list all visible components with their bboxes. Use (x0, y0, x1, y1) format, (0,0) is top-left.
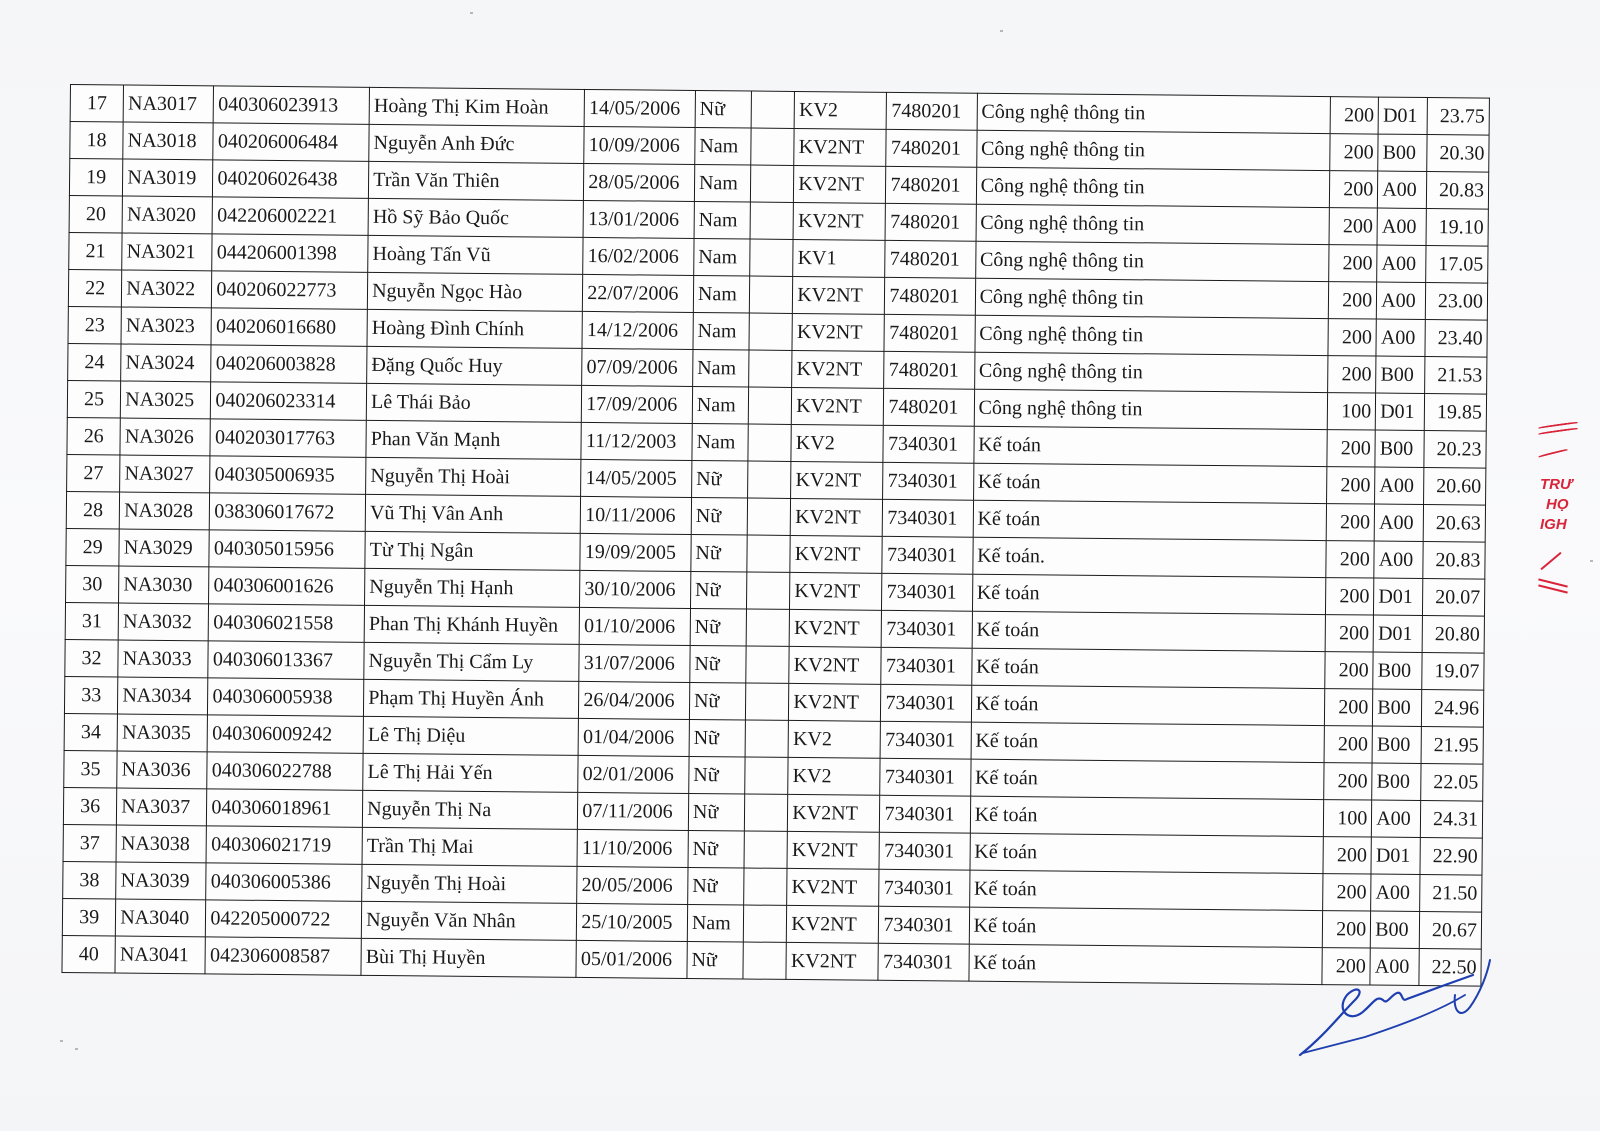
scan-speck (1000, 30, 1003, 32)
gender-cell: Nữ (687, 941, 744, 979)
gender-cell: Nam (695, 128, 752, 166)
row-number-cell: 23 (68, 306, 122, 344)
table-body: 17NA3017040306023913Hoàng Thị Kim Hoàn14… (62, 85, 1489, 987)
application-code-cell: NA3023 (121, 307, 212, 345)
major-name-cell: Kế toán. (972, 537, 1326, 577)
row-number-cell: 27 (67, 454, 121, 492)
major-name-cell: Kế toán (971, 685, 1325, 725)
date-of-birth-cell: 13/01/2006 (583, 200, 694, 238)
major-name-cell: Kế toán (972, 574, 1326, 614)
row-number-cell: 34 (64, 713, 118, 751)
admission-score-cell: 20.63 (1424, 505, 1486, 543)
admission-score-cell: 19.85 (1425, 394, 1487, 432)
gender-cell: Nam (693, 312, 750, 350)
admission-score-cell: 20.07 (1423, 579, 1485, 617)
application-code-cell: NA3036 (117, 751, 208, 789)
admission-score-cell: 19.07 (1422, 653, 1484, 691)
admission-method-cell: 200 (1328, 282, 1376, 319)
citizen-id-cell: 042306008587 (205, 937, 361, 975)
date-of-birth-cell: 14/05/2005 (581, 459, 692, 497)
stamp-text-2: HỌ (1546, 496, 1569, 514)
student-name-cell: Phan Thị Khánh Huyền (364, 605, 579, 644)
major-code-cell: 7340301 (881, 647, 972, 685)
student-name-cell: Trần Thị Mai (362, 827, 577, 866)
date-of-birth-cell: 31/07/2006 (579, 644, 690, 682)
student-name-cell: Phan Văn Mạnh (366, 420, 581, 459)
blank-cell-cell (751, 165, 794, 202)
admission-score-cell: 21.95 (1421, 727, 1483, 765)
gender-cell: Nữ (688, 793, 745, 831)
major-name-cell: Kế toán (974, 426, 1328, 466)
student-name-cell: Nguyễn Thị Hoài (366, 457, 581, 496)
application-code-cell: NA3027 (120, 455, 211, 493)
priority-area-cell: KV2 (788, 720, 881, 758)
blank-cell-cell (750, 276, 793, 313)
subject-combination-cell: B00 (1375, 430, 1425, 467)
major-code-cell: 7480201 (885, 277, 976, 315)
citizen-id-cell: 040203017763 (210, 419, 366, 457)
row-number-cell: 32 (65, 639, 119, 677)
priority-area-cell: KV2NT (791, 461, 884, 499)
date-of-birth-cell: 30/10/2006 (580, 570, 691, 608)
priority-area-cell: KV2NT (794, 165, 887, 203)
subject-combination-cell: A00 (1371, 874, 1421, 911)
application-code-cell: NA3041 (115, 936, 206, 974)
row-number-cell: 18 (70, 122, 124, 160)
subject-combination-cell: D01 (1373, 615, 1423, 652)
row-number-cell: 38 (63, 861, 117, 899)
admission-method-cell: 200 (1323, 874, 1371, 911)
major-code-cell: 7340301 (883, 462, 974, 500)
date-of-birth-cell: 26/04/2006 (579, 681, 690, 719)
admission-score-cell: 22.05 (1421, 764, 1483, 802)
major-name-cell: Kế toán (973, 500, 1327, 540)
blank-cell-cell (746, 646, 789, 683)
gender-cell: Nữ (689, 682, 746, 720)
subject-combination-cell: D01 (1378, 97, 1428, 134)
subject-combination-cell: B00 (1376, 356, 1426, 393)
student-name-cell: Nguyễn Thị Na (363, 790, 578, 829)
subject-combination-cell: B00 (1371, 911, 1421, 948)
date-of-birth-cell: 05/01/2006 (576, 940, 687, 978)
scanned-document-page: 17NA3017040306023913Hoàng Thị Kim Hoàn14… (0, 0, 1600, 1131)
priority-area-cell: KV2NT (786, 942, 879, 980)
priority-area-cell: KV2NT (789, 683, 882, 721)
gender-cell: Nam (693, 349, 750, 387)
major-name-cell: Kế toán (969, 907, 1323, 947)
citizen-id-cell: 040306005938 (208, 678, 364, 716)
priority-area-cell: KV2NT (788, 794, 881, 832)
subject-combination-cell: B00 (1378, 134, 1428, 171)
application-code-cell: NA3019 (123, 159, 214, 197)
major-name-cell: Kế toán (971, 722, 1325, 762)
student-name-cell: Bùi Thị Huyền (361, 938, 576, 977)
citizen-id-cell: 040206026438 (213, 160, 369, 198)
priority-area-cell: KV2NT (787, 868, 880, 906)
student-name-cell: Nguyễn Anh Đức (369, 124, 584, 163)
priority-area-cell: KV2 (791, 424, 884, 462)
admission-score-cell: 20.83 (1427, 172, 1489, 210)
student-name-cell: Hồ Sỹ Bảo Quốc (368, 198, 583, 237)
blank-cell-cell (747, 535, 790, 572)
admission-score-cell: 22.90 (1420, 838, 1482, 876)
major-code-cell: 7340301 (883, 425, 974, 463)
student-name-cell: Phạm Thị Huyền Ánh (364, 679, 579, 718)
admission-method-cell: 200 (1329, 171, 1377, 208)
gender-cell: Nữ (690, 645, 747, 683)
application-code-cell: NA3024 (121, 344, 212, 382)
row-number-cell: 37 (63, 824, 117, 862)
major-code-cell: 7340301 (881, 721, 972, 759)
major-code-cell: 7480201 (886, 129, 977, 167)
subject-combination-cell: D01 (1374, 578, 1424, 615)
major-code-cell: 7340301 (881, 684, 972, 722)
row-number-cell: 24 (68, 343, 122, 381)
admission-method-cell: 200 (1324, 726, 1372, 763)
blank-cell-cell (750, 202, 793, 239)
student-name-cell: Đặng Quốc Huy (367, 346, 582, 385)
subject-combination-cell: A00 (1377, 208, 1427, 245)
major-code-cell: 7340301 (880, 758, 971, 796)
blank-cell-cell (749, 387, 792, 424)
student-name-cell: Nguyễn Văn Nhân (361, 901, 576, 940)
major-name-cell: Kế toán (969, 944, 1323, 984)
major-code-cell: 7340301 (879, 832, 970, 870)
citizen-id-cell: 042205000722 (206, 900, 362, 938)
admission-method-cell: 200 (1325, 652, 1373, 689)
admission-method-cell: 200 (1327, 430, 1375, 467)
application-code-cell: NA3018 (123, 122, 214, 160)
admission-score-cell: 23.00 (1426, 283, 1488, 321)
admission-method-cell: 200 (1329, 208, 1377, 245)
citizen-id-cell: 040306022788 (207, 752, 363, 790)
blank-cell-cell (746, 683, 789, 720)
major-name-cell: Công nghệ thông tin (974, 352, 1328, 392)
gender-cell: Nữ (689, 756, 746, 794)
application-code-cell: NA3022 (122, 270, 213, 308)
gender-cell: Nam (694, 165, 751, 203)
student-name-cell: Nguyễn Thị Hoài (362, 864, 577, 903)
major-name-cell: Công nghệ thông tin (976, 167, 1330, 207)
scan-speck (470, 12, 473, 14)
admission-method-cell: 200 (1324, 763, 1372, 800)
major-code-cell: 7480201 (887, 92, 978, 130)
major-code-cell: 7480201 (884, 388, 975, 426)
application-code-cell: NA3037 (117, 788, 208, 826)
subject-combination-cell: D01 (1371, 837, 1421, 874)
subject-combination-cell: A00 (1374, 541, 1424, 578)
row-number-cell: 29 (66, 528, 120, 566)
major-name-cell: Công nghệ thông tin (977, 93, 1331, 133)
subject-combination-cell: B00 (1373, 652, 1423, 689)
date-of-birth-cell: 16/02/2006 (583, 237, 694, 275)
admission-score-cell: 20.67 (1420, 911, 1482, 949)
citizen-id-cell: 040206016680 (211, 308, 367, 346)
priority-area-cell: KV2NT (787, 831, 880, 869)
citizen-id-cell: 040306021558 (209, 604, 365, 642)
major-code-cell: 7340301 (882, 610, 973, 648)
subject-combination-cell: A00 (1374, 504, 1424, 541)
priority-area-cell: KV2NT (790, 535, 883, 573)
gender-cell: Nữ (690, 571, 747, 609)
student-name-cell: Hoàng Tấn Vũ (368, 235, 583, 274)
major-code-cell: 7340301 (879, 906, 970, 944)
citizen-id-cell: 040306018961 (207, 789, 363, 827)
row-number-cell: 36 (63, 787, 117, 825)
admission-score-cell: 17.05 (1426, 246, 1488, 284)
priority-area-cell: KV2NT (790, 572, 883, 610)
major-code-cell: 7480201 (886, 166, 977, 204)
citizen-id-cell: 040206003828 (211, 345, 367, 383)
major-code-cell: 7480201 (886, 203, 977, 241)
admission-score-cell: 21.50 (1420, 874, 1482, 912)
date-of-birth-cell: 01/10/2006 (579, 607, 690, 645)
admission-score-cell: 24.31 (1421, 801, 1483, 839)
admission-method-cell: 200 (1326, 541, 1374, 578)
row-number-cell: 20 (69, 195, 123, 233)
row-number-cell: 25 (67, 380, 121, 418)
major-code-cell: 7340301 (879, 869, 970, 907)
major-name-cell: Công nghệ thông tin (975, 315, 1329, 355)
major-code-cell: 7340301 (882, 573, 973, 611)
admission-method-cell: 100 (1327, 393, 1375, 430)
blank-cell-cell (749, 350, 792, 387)
scan-speck (60, 1040, 63, 1042)
major-code-cell: 7480201 (884, 314, 975, 352)
citizen-id-cell: 040306009242 (208, 715, 364, 753)
admission-score-cell: 24.96 (1422, 690, 1484, 728)
red-seal-stamp-icon: TRƯ HỌ IGH (1538, 410, 1600, 610)
major-name-cell: Kế toán (973, 463, 1327, 503)
major-name-cell: Công nghệ thông tin (974, 389, 1328, 429)
student-name-cell: Lê Thị Hải Yến (363, 753, 578, 792)
admission-method-cell: 200 (1322, 911, 1370, 948)
blank-cell-cell (745, 720, 788, 757)
citizen-id-cell: 044206001398 (212, 234, 368, 272)
subject-combination-cell: A00 (1377, 282, 1427, 319)
date-of-birth-cell: 02/01/2006 (578, 755, 689, 793)
subject-combination-cell: A00 (1375, 467, 1425, 504)
major-code-cell: 7340301 (883, 499, 974, 537)
citizen-id-cell: 040306023913 (214, 86, 370, 124)
blank-cell-cell (751, 128, 794, 165)
date-of-birth-cell: 19/09/2005 (580, 533, 691, 571)
date-of-birth-cell: 17/09/2006 (582, 385, 693, 423)
date-of-birth-cell: 07/09/2006 (582, 348, 693, 386)
student-name-cell: Hoàng Đình Chính (367, 309, 582, 348)
priority-area-cell: KV2NT (794, 128, 887, 166)
admission-method-cell: 200 (1328, 319, 1376, 356)
subject-combination-cell: A00 (1376, 319, 1426, 356)
major-name-cell: Công nghệ thông tin (976, 204, 1330, 244)
student-name-cell: Nguyễn Thị Cẩm Ly (364, 642, 579, 681)
application-code-cell: NA3025 (121, 381, 212, 419)
blank-cell-cell (744, 831, 787, 868)
student-name-cell: Trần Văn Thiên (369, 161, 584, 200)
student-name-cell: Từ Thị Ngân (365, 531, 580, 570)
subject-combination-cell: A00 (1377, 245, 1427, 282)
admission-method-cell: 100 (1323, 800, 1371, 837)
gender-cell: Nữ (689, 719, 746, 757)
blank-cell-cell (750, 239, 793, 276)
date-of-birth-cell: 25/10/2005 (577, 903, 688, 941)
admission-score-cell: 23.75 (1427, 98, 1489, 136)
priority-area-cell: KV2NT (793, 202, 886, 240)
application-code-cell: NA3017 (123, 85, 214, 123)
gender-cell: Nữ (691, 460, 748, 498)
priority-area-cell: KV2 (794, 91, 887, 129)
admission-method-cell: 200 (1326, 504, 1374, 541)
subject-combination-cell: D01 (1375, 393, 1425, 430)
blank-cell-cell (747, 572, 790, 609)
major-code-cell: 7480201 (884, 351, 975, 389)
date-of-birth-cell: 10/09/2006 (584, 126, 695, 164)
blank-cell-cell (748, 424, 791, 461)
citizen-id-cell: 040306013367 (208, 641, 364, 679)
row-number-cell: 35 (64, 750, 118, 788)
major-code-cell: 7340301 (882, 536, 973, 574)
student-name-cell: Lê Thị Diệu (363, 716, 578, 755)
scan-speck (75, 1048, 78, 1050)
application-code-cell: NA3040 (116, 899, 207, 937)
gender-cell: Nam (692, 386, 749, 424)
subject-combination-cell: B00 (1372, 763, 1422, 800)
priority-area-cell: KV2NT (793, 276, 886, 314)
admission-score-cell: 20.23 (1424, 431, 1486, 469)
gender-cell: Nữ (695, 91, 752, 129)
priority-area-cell: KV2NT (787, 905, 880, 943)
application-code-cell: NA3021 (122, 233, 213, 271)
date-of-birth-cell: 11/10/2006 (577, 829, 688, 867)
subject-combination-cell: B00 (1373, 689, 1423, 726)
admission-score-cell: 20.83 (1423, 542, 1485, 580)
blank-cell-cell (746, 609, 789, 646)
row-number-cell: 40 (62, 935, 116, 973)
admission-score-cell: 20.30 (1427, 135, 1489, 173)
priority-area-cell: KV2NT (792, 313, 885, 351)
gender-cell: Nữ (691, 497, 748, 535)
major-name-cell: Công nghệ thông tin (975, 278, 1329, 318)
gender-cell: Nam (694, 238, 751, 276)
date-of-birth-cell: 10/11/2006 (580, 496, 691, 534)
major-name-cell: Kế toán (970, 796, 1324, 836)
date-of-birth-cell: 28/05/2006 (584, 163, 695, 201)
row-number-cell: 31 (65, 602, 119, 640)
major-name-cell: Kế toán (970, 833, 1324, 873)
citizen-id-cell: 040206022773 (212, 271, 368, 309)
admission-method-cell: 200 (1325, 615, 1373, 652)
student-name-cell: Nguyễn Ngọc Hào (367, 272, 582, 311)
date-of-birth-cell: 01/04/2006 (578, 718, 689, 756)
major-name-cell: Kế toán (970, 759, 1324, 799)
student-name-cell: Lê Thái Bảo (366, 383, 581, 422)
row-number-cell: 33 (64, 676, 118, 714)
row-number-cell: 19 (69, 159, 123, 197)
citizen-id-cell: 038306017672 (210, 493, 366, 531)
gender-cell: Nam (694, 201, 751, 239)
application-code-cell: NA3039 (116, 862, 207, 900)
row-number-cell: 28 (66, 491, 120, 529)
priority-area-cell: KV2NT (790, 498, 883, 536)
priority-area-cell: KV2NT (792, 387, 885, 425)
admission-table-container: 17NA3017040306023913Hoàng Thị Kim Hoàn14… (61, 84, 1489, 987)
blank-cell-cell (745, 794, 788, 831)
gender-cell: Nữ (690, 608, 747, 646)
major-name-cell: Công nghệ thông tin (976, 130, 1330, 170)
major-name-cell: Kế toán (972, 611, 1326, 651)
priority-area-cell: KV1 (793, 239, 886, 277)
admission-method-cell: 200 (1329, 245, 1377, 282)
handwritten-signature-icon (1295, 955, 1495, 1060)
citizen-id-cell: 042206002221 (212, 197, 368, 235)
major-name-cell: Kế toán (969, 870, 1323, 910)
admission-method-cell: 200 (1330, 134, 1378, 171)
blank-cell-cell (745, 757, 788, 794)
major-code-cell: 7340301 (880, 795, 971, 833)
scan-speck (1590, 560, 1593, 562)
gender-cell: Nữ (691, 534, 748, 572)
citizen-id-cell: 040206006484 (213, 123, 369, 161)
application-code-cell: NA3026 (120, 418, 211, 456)
student-name-cell: Hoàng Thị Kim Hoàn (369, 87, 584, 126)
admission-method-cell: 200 (1327, 467, 1375, 504)
date-of-birth-cell: 20/05/2006 (577, 866, 688, 904)
admission-score-cell: 23.40 (1425, 320, 1487, 358)
date-of-birth-cell: 07/11/2006 (578, 792, 689, 830)
citizen-id-cell: 040306001626 (209, 567, 365, 605)
citizen-id-cell: 040305015956 (209, 530, 365, 568)
application-code-cell: NA3038 (116, 825, 207, 863)
application-code-cell: NA3030 (119, 566, 210, 604)
major-name-cell: Công nghệ thông tin (975, 241, 1329, 281)
admission-method-cell: 200 (1325, 689, 1373, 726)
student-name-cell: Vũ Thị Vân Anh (365, 494, 580, 533)
date-of-birth-cell: 11/12/2003 (581, 422, 692, 460)
date-of-birth-cell: 22/07/2006 (583, 274, 694, 312)
priority-area-cell: KV2NT (792, 350, 885, 388)
priority-area-cell: KV2NT (789, 646, 882, 684)
admission-method-cell: 200 (1328, 356, 1376, 393)
blank-cell-cell (748, 461, 791, 498)
blank-cell-cell (743, 942, 786, 979)
row-number-cell: 26 (67, 417, 121, 455)
subject-combination-cell: A00 (1378, 171, 1428, 208)
subject-combination-cell: B00 (1372, 726, 1422, 763)
admission-table: 17NA3017040306023913Hoàng Thị Kim Hoàn14… (61, 84, 1489, 987)
application-code-cell: NA3028 (119, 492, 210, 530)
blank-cell-cell (749, 313, 792, 350)
blank-cell-cell (744, 868, 787, 905)
admission-score-cell: 19.10 (1426, 209, 1488, 247)
subject-combination-cell: A00 (1372, 800, 1422, 837)
application-code-cell: NA3029 (119, 529, 210, 567)
admission-score-cell: 20.80 (1423, 616, 1485, 654)
row-number-cell: 21 (69, 232, 123, 270)
admission-method-cell: 200 (1330, 97, 1378, 134)
major-code-cell: 7340301 (878, 943, 969, 981)
stamp-text-1: TRƯ (1540, 476, 1572, 494)
date-of-birth-cell: 14/05/2006 (584, 89, 695, 127)
date-of-birth-cell: 14/12/2006 (582, 311, 693, 349)
application-code-cell: NA3035 (117, 714, 208, 752)
application-code-cell: NA3020 (122, 196, 213, 234)
stamp-text-3: IGH (1540, 516, 1567, 534)
major-code-cell: 7480201 (885, 240, 976, 278)
blank-cell-cell (751, 91, 794, 128)
row-number-cell: 30 (66, 565, 120, 603)
blank-cell-cell (747, 498, 790, 535)
admission-score-cell: 21.53 (1425, 357, 1487, 395)
